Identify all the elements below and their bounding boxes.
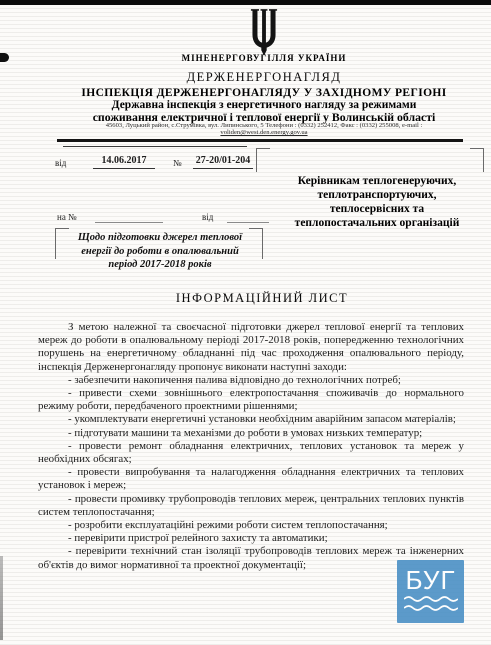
subject-block: Щодо підготовки джерел теплової енергії … bbox=[62, 231, 258, 272]
addressee-corner-mark-right bbox=[470, 148, 484, 172]
bug-watermark-logo: БУГ bbox=[397, 560, 464, 623]
addressee-line: Керівникам теплогенеруючих, bbox=[268, 174, 486, 188]
inspection-title: ІНСПЕКЦІЯ ДЕРЖЕНЕРГОНАГЛЯДУ У ЗАХІДНОМУ … bbox=[37, 87, 491, 99]
measure-item: - розробити експлуатаційні режими роботи… bbox=[38, 519, 464, 532]
addressee-line: теплотранспортуючих, bbox=[268, 188, 486, 202]
subject-line: Щодо підготовки джерел теплової bbox=[62, 231, 258, 245]
reply-to-number-label: на № bbox=[57, 212, 77, 222]
document-title: ІНФОРМАЦІЙНИЙ ЛИСТ bbox=[38, 291, 464, 306]
subject-line: енергії до роботи в опалювальний bbox=[62, 245, 258, 259]
measure-item: - укомплектувати енергетичні установки н… bbox=[38, 413, 464, 426]
measure-item: - провести ремонт обладнання електричних… bbox=[38, 440, 464, 466]
measure-item: - перевірити пристрої релейного захисту … bbox=[38, 532, 464, 545]
bug-logo-text: БУГ bbox=[405, 567, 455, 593]
wave-lines-icon bbox=[404, 595, 458, 615]
measure-item: - підготувати машини та механізми до роб… bbox=[38, 427, 464, 440]
reply-number-blank-field bbox=[95, 213, 163, 223]
agency-name: ДЕРЖЕНЕРГОНАГЛЯД bbox=[37, 70, 491, 85]
addressee-line: теплопостачальних організацій bbox=[268, 216, 486, 230]
addressee-block: Керівникам теплогенеруючих, теплотранспо… bbox=[268, 174, 486, 230]
measure-item: - провести випробування та налагодження … bbox=[38, 466, 464, 492]
letterhead-divider-rule-thin bbox=[63, 146, 247, 147]
reply-date-label: від bbox=[202, 212, 213, 222]
scan-artifact-top-bar bbox=[0, 0, 491, 5]
outgoing-number-value: 27-20/01-204 bbox=[193, 155, 253, 169]
contact-address-line: 45603, Луцький район, с.Струмівка, вул. … bbox=[37, 122, 491, 129]
outgoing-number-label: № bbox=[173, 158, 182, 168]
letter-body: З метою належної та своєчасної підготовк… bbox=[38, 321, 464, 572]
measure-item: - привести схеми зовнішнього електропост… bbox=[38, 387, 464, 413]
outgoing-date-label: від bbox=[55, 158, 66, 168]
addressee-corner-mark-left bbox=[256, 148, 270, 172]
intro-paragraph: З метою належної та своєчасної підготовк… bbox=[38, 321, 464, 374]
email-line: voliden@west.den.energy.gov.ua bbox=[37, 129, 491, 136]
reply-date-blank-field bbox=[227, 213, 269, 223]
email-address: voliden@west.den.energy.gov.ua bbox=[220, 129, 307, 136]
outgoing-date-value: 14.06.2017 bbox=[93, 155, 155, 169]
ministry-name: МІНЕНЕРГОВУГІЛЛЯ УКРАЇНИ bbox=[37, 53, 491, 63]
measure-item: - провести промивку трубопроводів теплов… bbox=[38, 493, 464, 519]
ukraine-trident-emblem-icon bbox=[244, 8, 284, 58]
addressee-line: теплосервісних та bbox=[268, 202, 486, 216]
scan-artifact-edge-streak bbox=[0, 556, 3, 640]
letterhead-divider-rule bbox=[57, 139, 463, 142]
measure-item: - забезпечити накопичення палива відпові… bbox=[38, 374, 464, 387]
scan-artifact-ink-blob bbox=[0, 53, 9, 62]
scanned-letter-page: МІНЕНЕРГОВУГІЛЛЯ УКРАЇНИ ДЕРЖЕНЕРГОНАГЛЯ… bbox=[0, 0, 491, 645]
subject-line: період 2017-2018 років bbox=[62, 258, 258, 272]
